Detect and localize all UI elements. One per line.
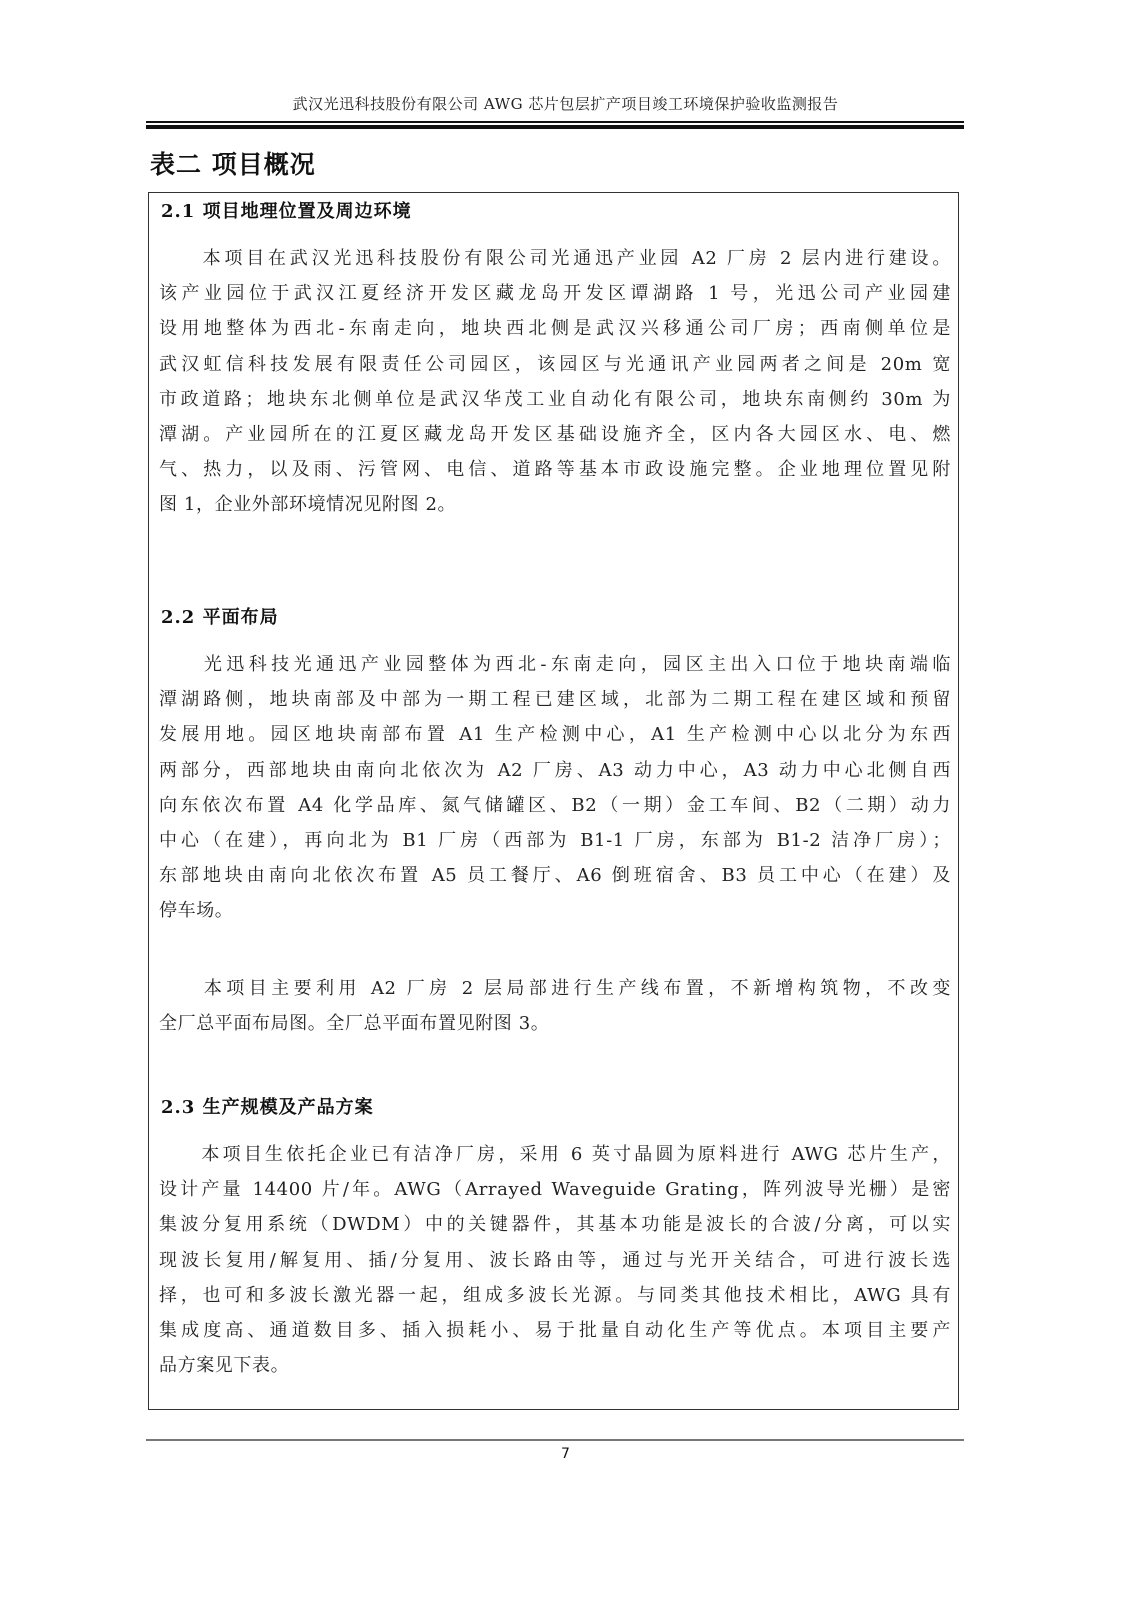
- text-line: 市政道路；地块东北侧单位是武汉华茂工业自动化有限公司，地块东南侧约 30m 为: [159, 382, 951, 417]
- section-2-1-paragraph-1: 本项目在武汉光迅科技股份有限公司光通迅产业园 A2 厂房 2 层内进行建设。 该…: [159, 241, 951, 523]
- content-box: 2.1 项目地理位置及周边环境 本项目在武汉光迅科技股份有限公司光通迅产业园 A…: [148, 192, 959, 1410]
- section-heading-2-2: 2.2 平面布局: [161, 603, 279, 629]
- text-line: 图 1，企业外部环境情况见附图 2。: [159, 487, 951, 522]
- text-line: 光迅科技光通迅产业园整体为西北-东南走向，园区主出入口位于地块南端临: [159, 647, 951, 682]
- text-line: 潭湖。产业园所在的江夏区藏龙岛开发区基础设施齐全，区内各大园区水、电、燃: [159, 417, 951, 452]
- section-heading-2-3: 2.3 生产规模及产品方案: [161, 1093, 374, 1119]
- text-line: 本项目生依托企业已有洁净厂房，采用 6 英寸晶圆为原料进行 AWG 芯片生产，: [159, 1137, 951, 1172]
- page-number: 7: [0, 1446, 1131, 1462]
- text-line: 择，也可和多波长激光器一起，组成多波长光源。与同类其他技术相比，AWG 具有: [159, 1278, 951, 1313]
- text-line: 集成度高、通道数目多、插入损耗小、易于批量自动化生产等优点。本项目主要产: [159, 1313, 951, 1348]
- text-line: 东部地块由南向北依次布置 A5 员工餐厅、A6 倒班宿舍、B3 员工中心（在建）…: [159, 858, 951, 893]
- text-line: 现波长复用/解复用、插/分复用、波长路由等，通过与光开关结合，可进行波长选: [159, 1243, 951, 1278]
- text-line: 两部分，西部地块由南向北依次为 A2 厂房、A3 动力中心，A3 动力中心北侧自…: [159, 753, 951, 788]
- text-line: 武汉虹信科技发展有限责任公司园区，该园区与光通讯产业园两者之间是 20m 宽: [159, 347, 951, 382]
- text-line: 该产业园位于武汉江夏经济开发区藏龙岛开发区谭湖路 1 号，光迅公司产业园建: [159, 276, 951, 311]
- section-heading-2-1: 2.1 项目地理位置及周边环境: [161, 197, 412, 223]
- running-header: 武汉光迅科技股份有限公司 AWG 芯片包层扩产项目竣工环境保护验收监测报告: [0, 93, 1131, 114]
- header-rule-thin: [146, 121, 964, 123]
- text-line: 本项目主要利用 A2 厂房 2 层局部进行生产线布置，不新增构筑物，不改变: [159, 971, 951, 1006]
- text-line: 潭湖路侧，地块南部及中部为一期工程已建区域，北部为二期工程在建区域和预留: [159, 682, 951, 717]
- text-line: 品方案见下表。: [159, 1348, 951, 1383]
- section-2-2-paragraph-1: 光迅科技光通迅产业园整体为西北-东南走向，园区主出入口位于地块南端临 潭湖路侧，…: [159, 647, 951, 929]
- text-line: 设计产量 14400 片/年。AWG（Arrayed Waveguide Gra…: [159, 1172, 951, 1207]
- page-title: 表二 项目概况: [150, 145, 316, 181]
- text-line: 中心（在建），再向北为 B1 厂房（西部为 B1-1 厂房，东部为 B1-2 洁…: [159, 823, 951, 858]
- text-line: 全厂总平面布局图。全厂总平面布置见附图 3。: [159, 1006, 951, 1041]
- text-line: 向东依次布置 A4 化学品库、氮气储罐区、B2（一期）金工车间、B2（二期）动力: [159, 788, 951, 823]
- text-line: 气、热力，以及雨、污管网、电信、道路等基本市政设施完整。企业地理位置见附: [159, 452, 951, 487]
- section-2-3-paragraph-1: 本项目生依托企业已有洁净厂房，采用 6 英寸晶圆为原料进行 AWG 芯片生产， …: [159, 1137, 951, 1383]
- text-line: 集波分复用系统（DWDM）中的关键器件，其基本功能是波长的合波/分离，可以实: [159, 1207, 951, 1242]
- text-line: 设用地整体为西北-东南走向，地块西北侧是武汉兴移通公司厂房；西南侧单位是: [159, 311, 951, 346]
- text-line: 本项目在武汉光迅科技股份有限公司光通迅产业园 A2 厂房 2 层内进行建设。: [159, 241, 951, 276]
- header-rule-thick: [146, 125, 964, 129]
- text-line: 停车场。: [159, 893, 951, 928]
- section-2-2-paragraph-2: 本项目主要利用 A2 厂房 2 层局部进行生产线布置，不新增构筑物，不改变 全厂…: [159, 971, 951, 1041]
- footer-rule: [146, 1439, 964, 1441]
- text-line: 发展用地。园区地块南部布置 A1 生产检测中心，A1 生产检测中心以北分为东西: [159, 717, 951, 752]
